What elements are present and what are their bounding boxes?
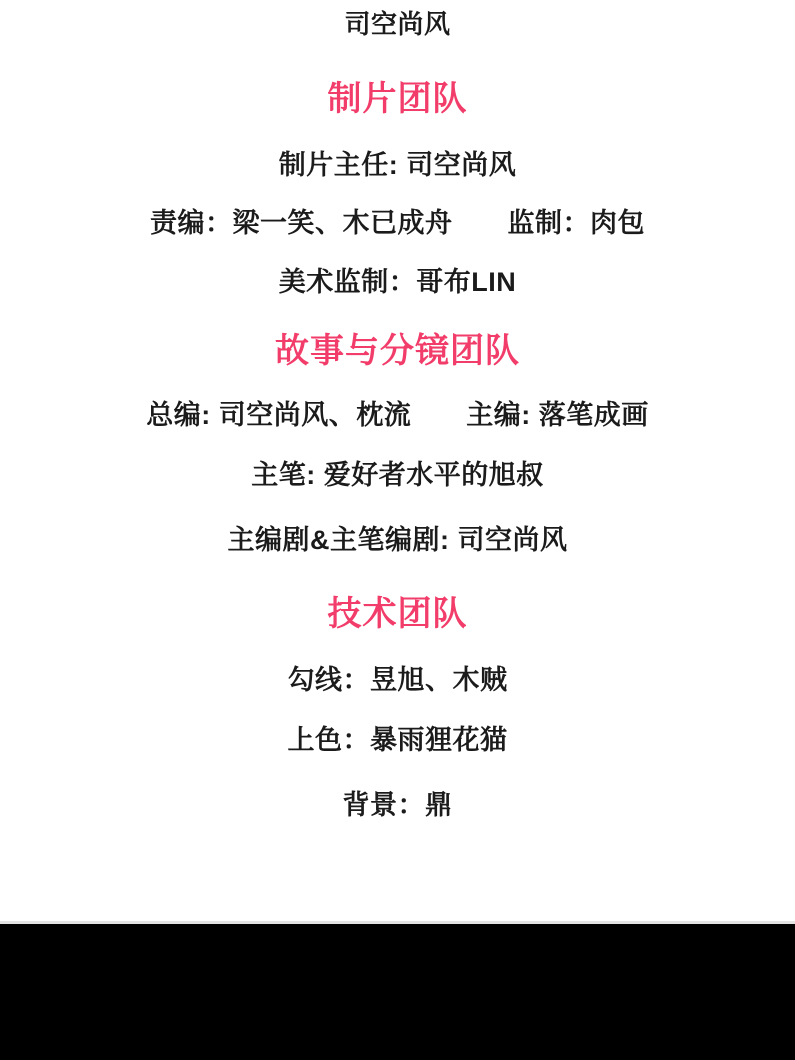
credit-text: 主编剧&主笔编剧: 司空尚风	[228, 518, 568, 557]
credit-text: 上色：暴雨狸花猫	[288, 718, 508, 757]
credit-text: 主笔: 爱好者水平的旭叔	[251, 453, 544, 492]
credit-text: 监制：肉包	[508, 201, 646, 240]
credit-text: 主编: 落笔成画	[466, 393, 649, 432]
section-heading-story-storyboard-team: 故事与分镜团队	[0, 323, 795, 372]
credit-text: 责编：梁一笑、木已成舟	[150, 201, 453, 240]
credit-line-background: 背景：鼎	[0, 783, 795, 822]
credit-text: 勾线：昱旭、木贼	[288, 658, 508, 697]
section-heading-production-team: 制片团队	[0, 71, 795, 120]
credit-text: 制片主任: 司空尚风	[279, 143, 517, 182]
credit-line-chief-editors: 总编: 司空尚风、枕流 主编: 落笔成画	[0, 393, 795, 432]
credit-text: 背景：鼎	[343, 783, 453, 822]
credit-line-art-supervisor: 美术监制：哥布LIN	[0, 260, 795, 299]
credit-line-coloring: 上色：暴雨狸花猫	[0, 718, 795, 757]
credit-line-lineart: 勾线：昱旭、木贼	[0, 658, 795, 697]
credit-line-lead-writer: 主编剧&主笔编剧: 司空尚风	[0, 518, 795, 557]
credit-text: 美术监制：哥布LIN	[279, 260, 517, 299]
author-credit-text: 司空尚风	[344, 4, 450, 41]
credit-line-lead-artist: 主笔: 爱好者水平的旭叔	[0, 453, 795, 492]
credit-line-production-director: 制片主任: 司空尚风	[0, 143, 795, 182]
section-heading-technical-team: 技术团队	[0, 586, 795, 635]
credits-page: 司空尚风 制片团队 制片主任: 司空尚风 责编：梁一笑、木已成舟 监制：肉包 美…	[0, 0, 795, 1060]
author-credit: 司空尚风	[0, 4, 795, 41]
credit-line-editors-supervisor: 责编：梁一笑、木已成舟 监制：肉包	[0, 201, 795, 240]
bottom-black-panel	[0, 924, 795, 1060]
credit-text: 总编: 司空尚风、枕流	[146, 393, 411, 432]
